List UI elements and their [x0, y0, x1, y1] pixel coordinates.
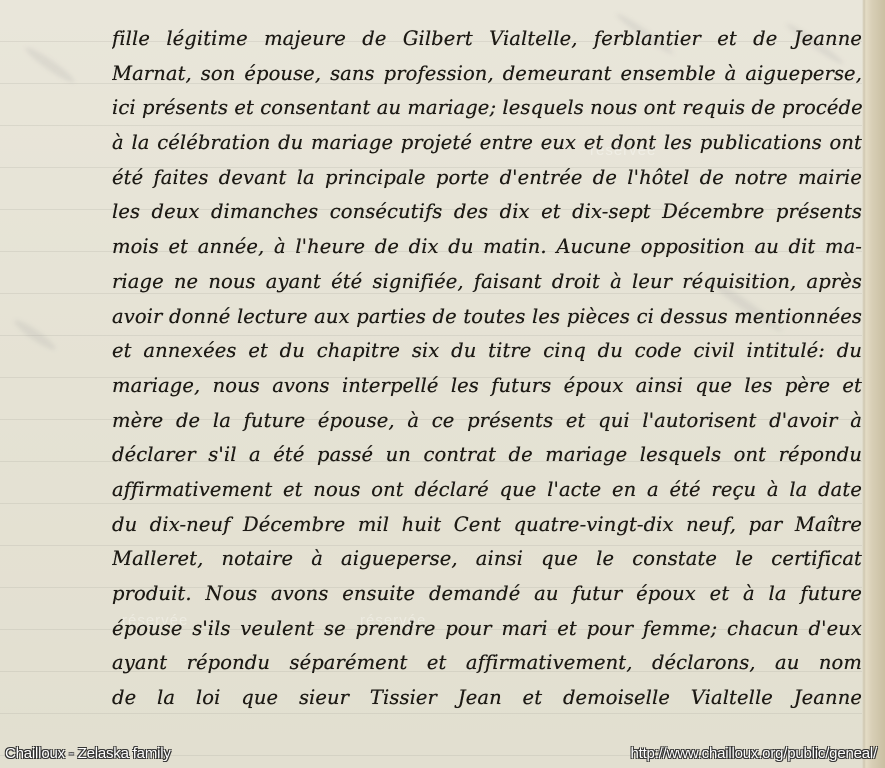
watermark-text: réservée	[122, 612, 188, 629]
watermark-text: réservée	[590, 142, 656, 159]
text-line: ayant répondu séparément et affirmativem…	[112, 646, 862, 681]
text-line: fille légitime majeure de Gilbert Vialte…	[112, 22, 862, 57]
text-line: mois et année, à l'heure de dix du matin…	[112, 230, 862, 265]
footer-credit: Chailloux - Zelaska family	[5, 745, 171, 762]
scanned-document-page: fille légitime majeure de Gilbert Vialte…	[0, 0, 885, 768]
watermark-text: réservée	[360, 612, 426, 629]
ink-bleed-mark	[23, 44, 78, 87]
handwritten-text-block: fille légitime majeure de Gilbert Vialte…	[112, 22, 862, 716]
text-line: épouse s'ils veulent se prendre pour mar…	[112, 612, 862, 647]
text-line: mère de la future épouse, à ce présents …	[112, 404, 862, 439]
ink-bleed-mark	[12, 317, 59, 354]
text-line: riage ne nous ayant été signifiée, faisa…	[112, 265, 862, 300]
text-line: ici présents et consentant au mariage; l…	[112, 91, 862, 126]
text-line: déclarer s'il a été passé un contrat de …	[112, 438, 862, 473]
text-line: et annexées et du chapitre six du titre …	[112, 334, 862, 369]
text-line: du dix-neuf Décembre mil huit Cent quatr…	[112, 508, 862, 543]
text-line: été faites devant la principale porte d'…	[112, 161, 862, 196]
text-line: à la célébration du mariage projeté entr…	[112, 126, 862, 161]
text-line: affirmativement et nous ont déclaré que …	[112, 473, 862, 508]
text-line: avoir donné lecture aux parties de toute…	[112, 300, 862, 335]
text-line: produit. Nous avons ensuite demandé au f…	[112, 577, 862, 612]
text-line: Malleret, notaire à aigueperse, ainsi qu…	[112, 542, 862, 577]
footer-url[interactable]: http://www.chailloux.org/public/geneal/	[630, 745, 877, 762]
text-line: de la loi que sieur Tissier Jean et demo…	[112, 681, 862, 716]
text-line: les deux dimanches consécutifs des dix e…	[112, 195, 862, 230]
text-line: Marnat, son épouse, sans profession, dem…	[112, 57, 862, 92]
text-line: mariage, nous avons interpellé les futur…	[112, 369, 862, 404]
